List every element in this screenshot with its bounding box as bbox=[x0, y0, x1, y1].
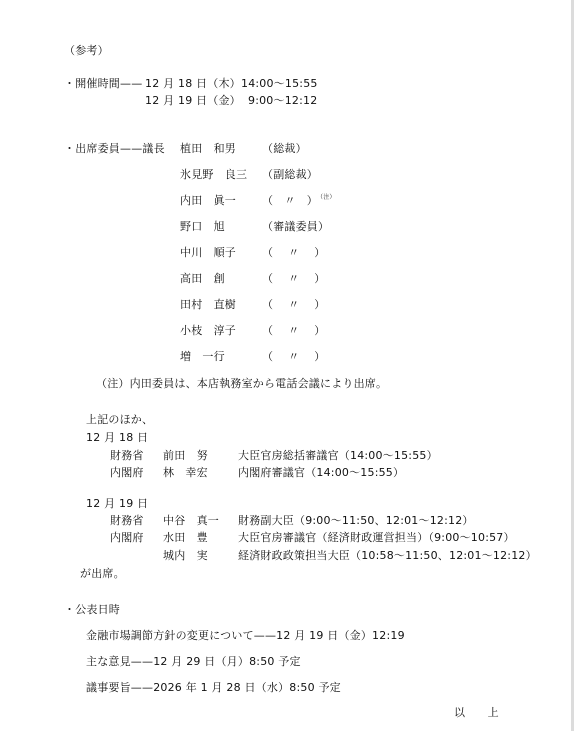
member-name: 中川 順子 bbox=[180, 246, 236, 260]
member-name: 高田 創 bbox=[180, 272, 225, 286]
publication-item: 議事要旨——2026 年 1 月 28 日（水）8:50 予定 bbox=[86, 681, 341, 695]
member-role-text: （ 〃 ） bbox=[262, 194, 318, 207]
member-role: （ 〃 ） bbox=[262, 272, 325, 286]
others-org: 内閣府 bbox=[110, 531, 144, 545]
others-name: 林 幸宏 bbox=[163, 466, 208, 480]
others-title: 経済財政政策担当大臣（10:58〜11:50、12:01〜12:12） bbox=[238, 549, 537, 563]
member-name: 内田 眞一 bbox=[180, 194, 236, 208]
others-intro: 上記のほか、 bbox=[86, 413, 153, 427]
others-org: 財務省 bbox=[110, 514, 144, 528]
meeting-date-1: 12 月 18 日（木） bbox=[145, 77, 241, 91]
member-name: 植田 和男 bbox=[180, 142, 236, 156]
meeting-time-label: ・開催時間—— bbox=[64, 77, 142, 91]
others-org: 財務省 bbox=[110, 449, 144, 463]
document-page: （参考） ・開催時間—— 12 月 18 日（木） 14:00〜15:55 12… bbox=[0, 0, 571, 731]
attendees-footnote: （注）内田委員は、本店執務室から電話会議により出席。 bbox=[96, 377, 387, 391]
publication-label: ・公表日時 bbox=[64, 603, 120, 617]
others-title: 内閣府審議官（14:00〜15:55） bbox=[238, 466, 404, 480]
member-name: 氷見野 良三 bbox=[180, 168, 247, 182]
member-name: 野口 旭 bbox=[180, 220, 225, 234]
member-name: 増 一行 bbox=[180, 350, 225, 364]
meeting-date-2: 12 月 19 日（金） bbox=[145, 94, 241, 108]
member-role: （審議委員） bbox=[262, 220, 329, 234]
others-name: 中谷 真一 bbox=[163, 514, 219, 528]
member-role: （ 〃 ） bbox=[262, 298, 325, 312]
others-date: 12 月 19 日 bbox=[86, 497, 148, 511]
member-role: （ 〃 ） bbox=[262, 350, 325, 364]
member-name: 田村 直樹 bbox=[180, 298, 236, 312]
member-name: 小枝 淳子 bbox=[180, 324, 236, 338]
member-role: （副総裁） bbox=[262, 168, 318, 182]
member-role: （ 〃 ） bbox=[262, 324, 325, 338]
others-title: 大臣官房総括審議官（14:00〜15:55） bbox=[238, 449, 438, 463]
footnote-marker: （注） bbox=[320, 194, 336, 201]
others-title: 大臣官房審議官（経済財政運営担当）（9:00〜10:57） bbox=[238, 531, 515, 545]
others-name: 城内 実 bbox=[163, 549, 208, 563]
others-date: 12 月 18 日 bbox=[86, 431, 148, 445]
member-role: （ 〃 ） bbox=[262, 246, 325, 260]
others-closing: が出席。 bbox=[80, 567, 125, 581]
end-mark: 以 上 bbox=[454, 706, 499, 720]
meeting-time-1: 14:00〜15:55 bbox=[241, 77, 318, 91]
attendees-label: ・出席委員——議長 bbox=[64, 142, 165, 156]
publication-item: 主な意見——12 月 29 日（月）8:50 予定 bbox=[86, 655, 301, 669]
others-name: 前田 努 bbox=[163, 449, 208, 463]
reference-label: （参考） bbox=[64, 44, 109, 58]
meeting-time-2: 9:00〜12:12 bbox=[248, 94, 317, 108]
others-name: 水田 豊 bbox=[163, 531, 208, 545]
member-role: （ 〃 ）（注） bbox=[262, 194, 336, 210]
others-title: 財務副大臣（9:00〜11:50、12:01〜12:12） bbox=[238, 514, 474, 528]
publication-item: 金融市場調節方針の変更について——12 月 19 日（金）12:19 bbox=[86, 629, 405, 643]
member-role: （総裁） bbox=[262, 142, 307, 156]
others-org: 内閣府 bbox=[110, 466, 144, 480]
